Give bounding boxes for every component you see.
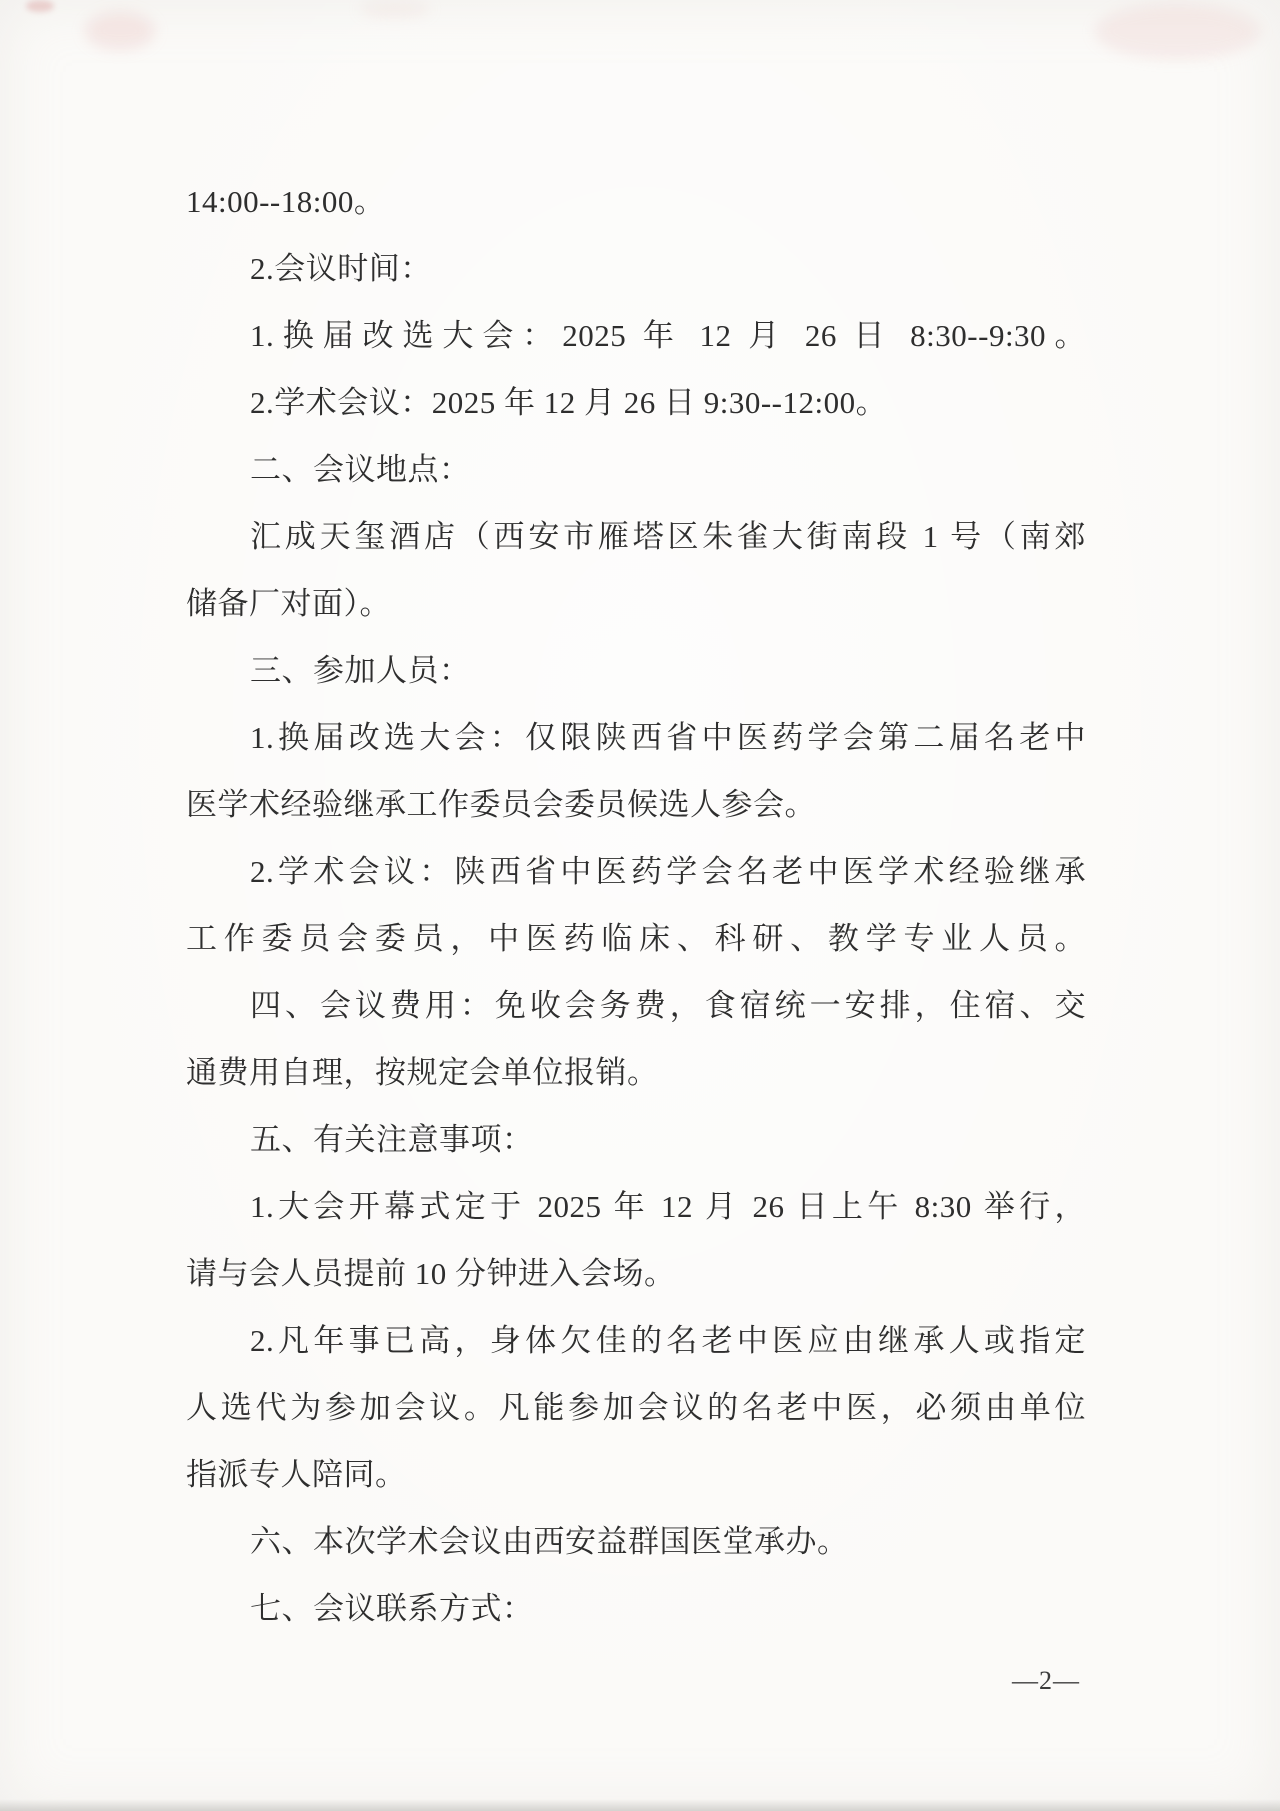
document-line: 医学术经验继承工作委员会委员候选人参会。	[186, 771, 1086, 838]
document-line: 汇成天玺酒店（西安市雁塔区朱雀大街南段 1 号（南郊	[186, 503, 1086, 570]
document-line: 人选代为参加会议。凡能参加会议的名老中医，必须由单位	[186, 1374, 1086, 1441]
scan-artifact-red-smudge	[85, 12, 155, 50]
scan-edge-shadow	[0, 1799, 1280, 1811]
document-line: 2.学术会议：2025 年 12 月 26 日 9:30--12:00。	[186, 369, 1086, 436]
document-line: 14:00--18:00。	[186, 168, 1086, 235]
document-line: 储备厂对面）。	[186, 570, 1086, 637]
document-line: 1.大会开幕式定于 2025 年 12 月 26 日上午 8:30 举行，	[186, 1173, 1086, 1240]
document-page: 14:00--18:00。2.会议时间：1.换届改选大会：2025 年 12 月…	[0, 0, 1280, 1811]
document-line: 1.换届改选大会：2025 年 12 月 26 日 8:30--9:30。	[186, 302, 1086, 369]
document-line: 七、会议联系方式：	[186, 1575, 1086, 1642]
document-line: 指派专人陪同。	[186, 1441, 1086, 1508]
scan-artifact-red-smudge	[360, 2, 430, 16]
scan-artifact-red-smudge	[26, 0, 54, 12]
document-line: 三、参加人员：	[186, 637, 1086, 704]
document-body: 14:00--18:00。2.会议时间：1.换届改选大会：2025 年 12 月…	[186, 168, 1086, 1642]
document-line: 工作委员会委员，中医药临床、科研、教学专业人员。	[186, 905, 1086, 972]
page-number: —2—	[1012, 1666, 1080, 1696]
document-line: 2.凡年事已高，身体欠佳的名老中医应由继承人或指定	[186, 1307, 1086, 1374]
document-line: 四、会议费用：免收会务费，食宿统一安排，住宿、交	[186, 972, 1086, 1039]
document-line: 通费用自理，按规定会单位报销。	[186, 1039, 1086, 1106]
document-line: 2.会议时间：	[186, 235, 1086, 302]
scan-artifact-red-smudge	[1095, 4, 1260, 59]
document-line: 五、有关注意事项：	[186, 1106, 1086, 1173]
document-line: 二、会议地点：	[186, 436, 1086, 503]
document-line: 请与会人员提前 10 分钟进入会场。	[186, 1240, 1086, 1307]
document-line: 2.学术会议：陕西省中医药学会名老中医学术经验继承	[186, 838, 1086, 905]
document-line: 六、本次学术会议由西安益群国医堂承办。	[186, 1508, 1086, 1575]
document-line: 1.换届改选大会：仅限陕西省中医药学会第二届名老中	[186, 704, 1086, 771]
